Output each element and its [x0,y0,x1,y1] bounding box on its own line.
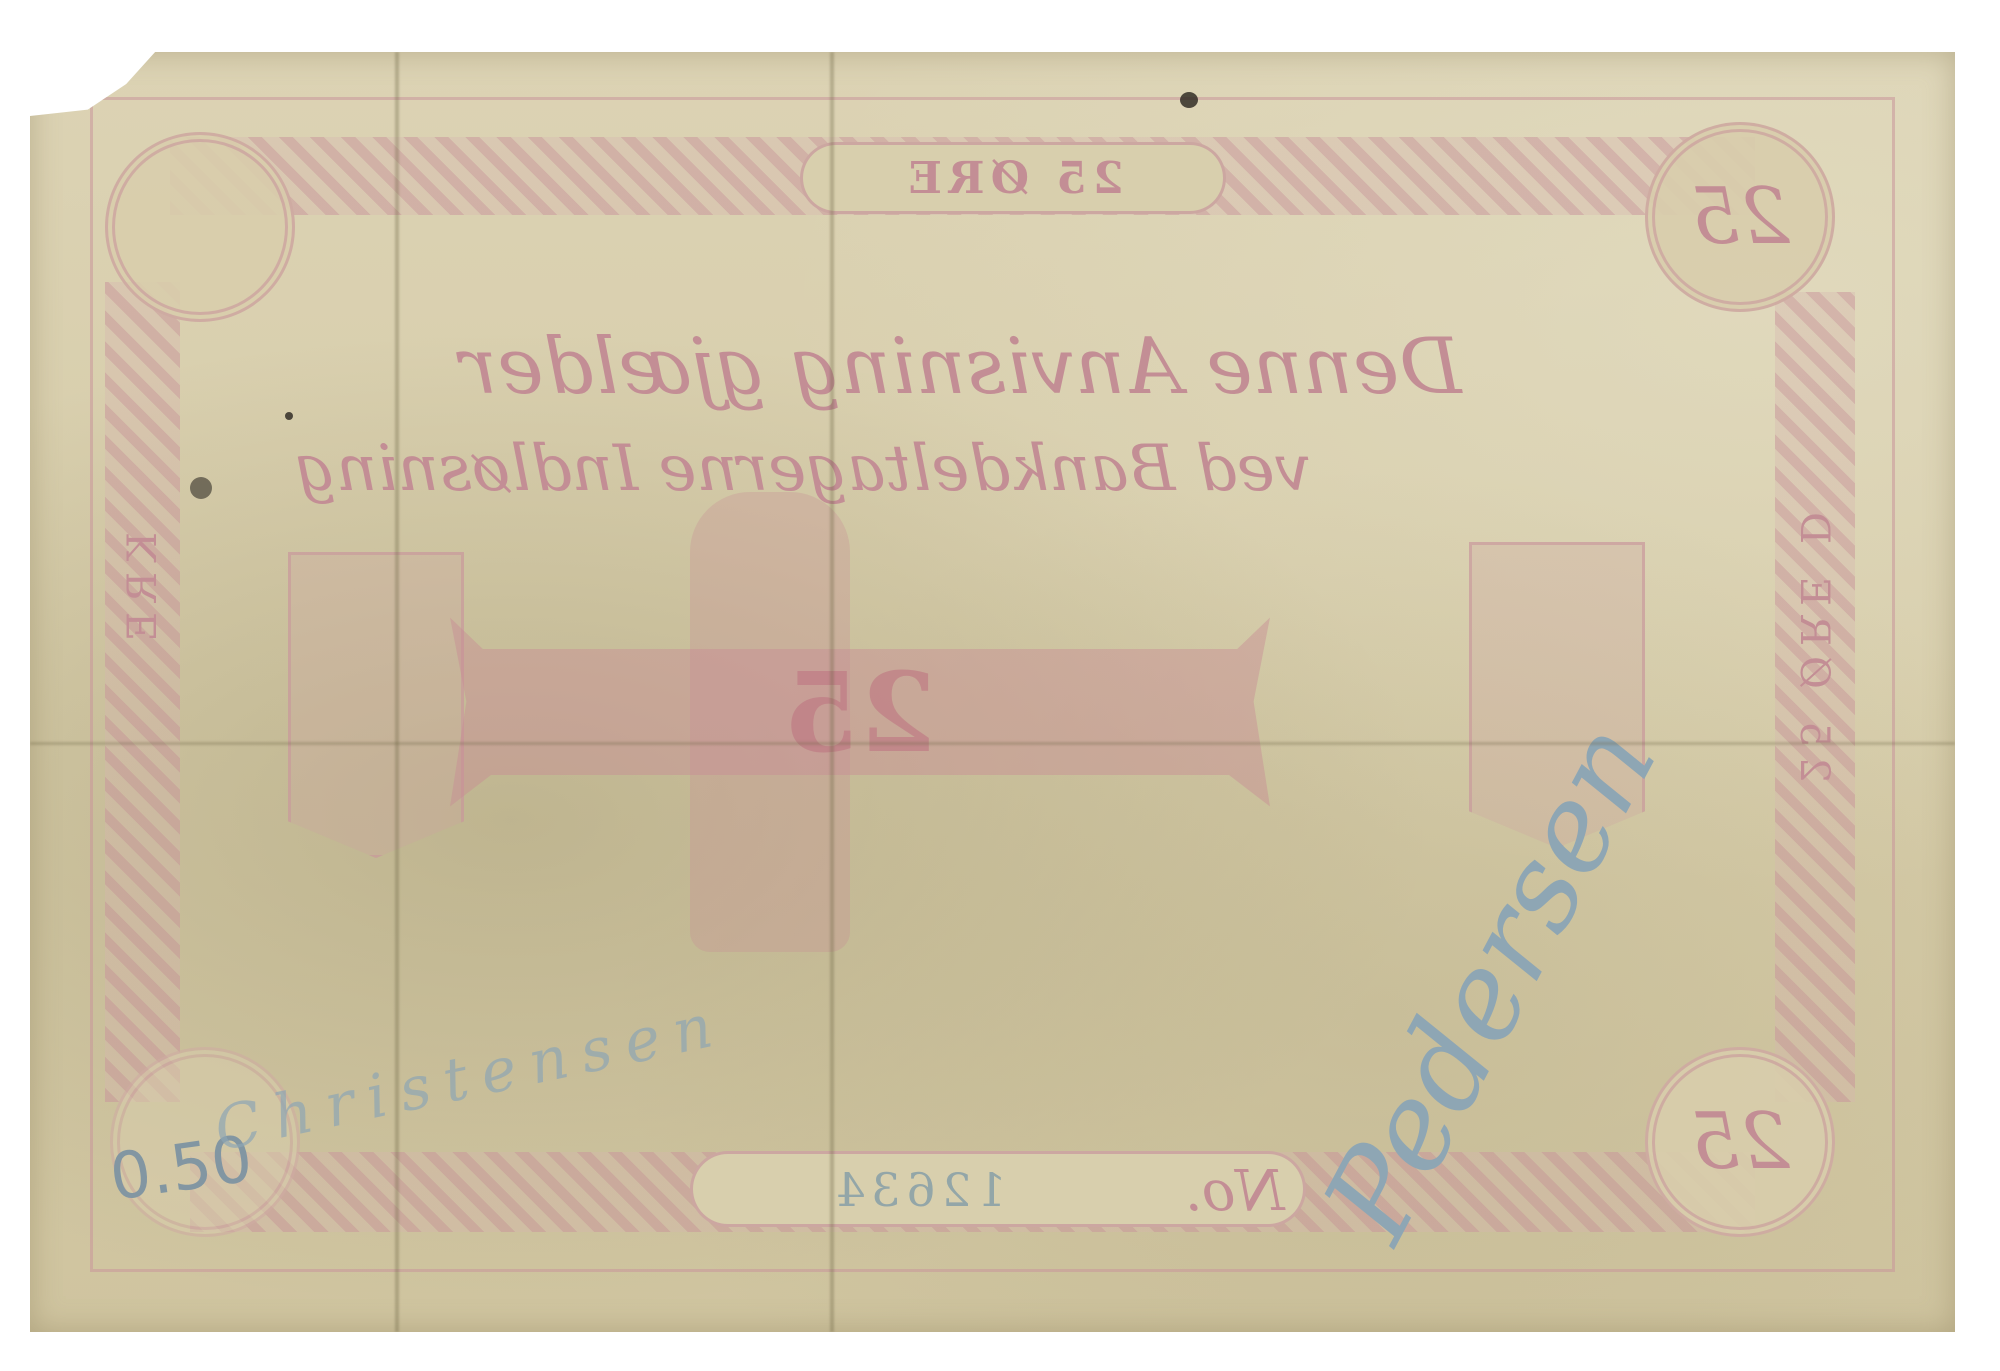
medallion-top-right: 25 [1645,122,1835,312]
medallion-top-left [105,132,295,322]
script-text-line-1: Denne Anvisning gjælder [460,322,1462,412]
ink-stain [285,412,293,420]
fold-crease [830,52,834,1332]
left-shield-panel [288,552,464,858]
center-value: 25 [783,648,936,777]
ink-stain [190,477,212,499]
left-ornament-band [105,282,180,1102]
fold-crease [30,742,1955,745]
serial-label: No. [1185,1159,1285,1224]
ink-stain [1180,92,1198,108]
left-border-text: KRE [120,532,166,651]
serial-number: 12634 [830,1163,1006,1217]
fold-crease [395,52,399,1332]
right-border-text: 25 ØRE D [1791,502,1837,783]
medallion-bottom-right: 25 [1645,1047,1835,1237]
banknote: 25 ØRE No. 12634 25 25 25 ØRE D KRE Denn… [30,52,1955,1332]
top-denomination-cartouche: 25 ØRE [800,142,1226,214]
